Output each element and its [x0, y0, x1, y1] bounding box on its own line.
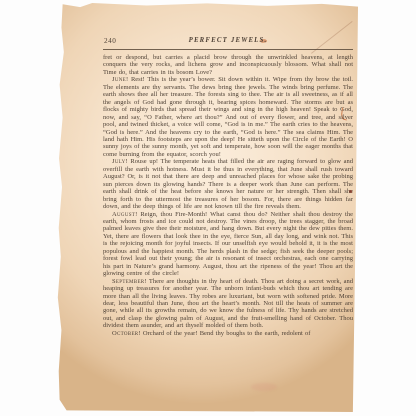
- page-content: 240 PERFECT JEWELS. fret or despond, but…: [103, 37, 353, 337]
- running-title: PERFECT JEWELS.: [103, 37, 353, 44]
- paragraph-text: ! Rest! This is the year’s bower. Sit do…: [103, 76, 353, 158]
- month-label-october: October: [112, 330, 138, 337]
- paragraph-october: October! Orchard of the year! Bend thy b…: [103, 330, 353, 337]
- paragraph-text: ! Reign, thou Fire-Month! What canst tho…: [103, 211, 353, 278]
- page-header: 240 PERFECT JEWELS.: [103, 37, 353, 48]
- paragraph-text: ! Rouse up! The temperate heats that fil…: [103, 158, 353, 210]
- paragraph-july: July! Rouse up! The temperate heats that…: [103, 158, 353, 210]
- paragraph-september: September! There are thoughts in thy hea…: [103, 278, 353, 330]
- paragraph-august: August! Reign, thou Fire-Month! What can…: [103, 211, 353, 278]
- month-label-september: September: [112, 278, 144, 285]
- month-label-june: June: [112, 76, 126, 83]
- paragraph-text: ! Orchard of the year! Bend thy boughs t…: [138, 330, 310, 337]
- paragraph-text: ! There are thoughts in thy heart of dea…: [103, 278, 353, 330]
- paragraph-continuation: fret or despond, but carries a placid br…: [103, 54, 353, 76]
- header-rule: [103, 49, 353, 50]
- faint-smudge: [251, 383, 277, 391]
- book-page: 240 PERFECT JEWELS. fret or despond, but…: [56, 3, 358, 412]
- paragraph-june: June! Rest! This is the year’s bower. Si…: [103, 76, 353, 158]
- month-label-july: July: [112, 158, 126, 165]
- paragraph-text: fret or despond, but carries a placid br…: [103, 54, 353, 76]
- month-label-august: August: [112, 211, 135, 218]
- body-text: fret or despond, but carries a placid br…: [103, 54, 353, 337]
